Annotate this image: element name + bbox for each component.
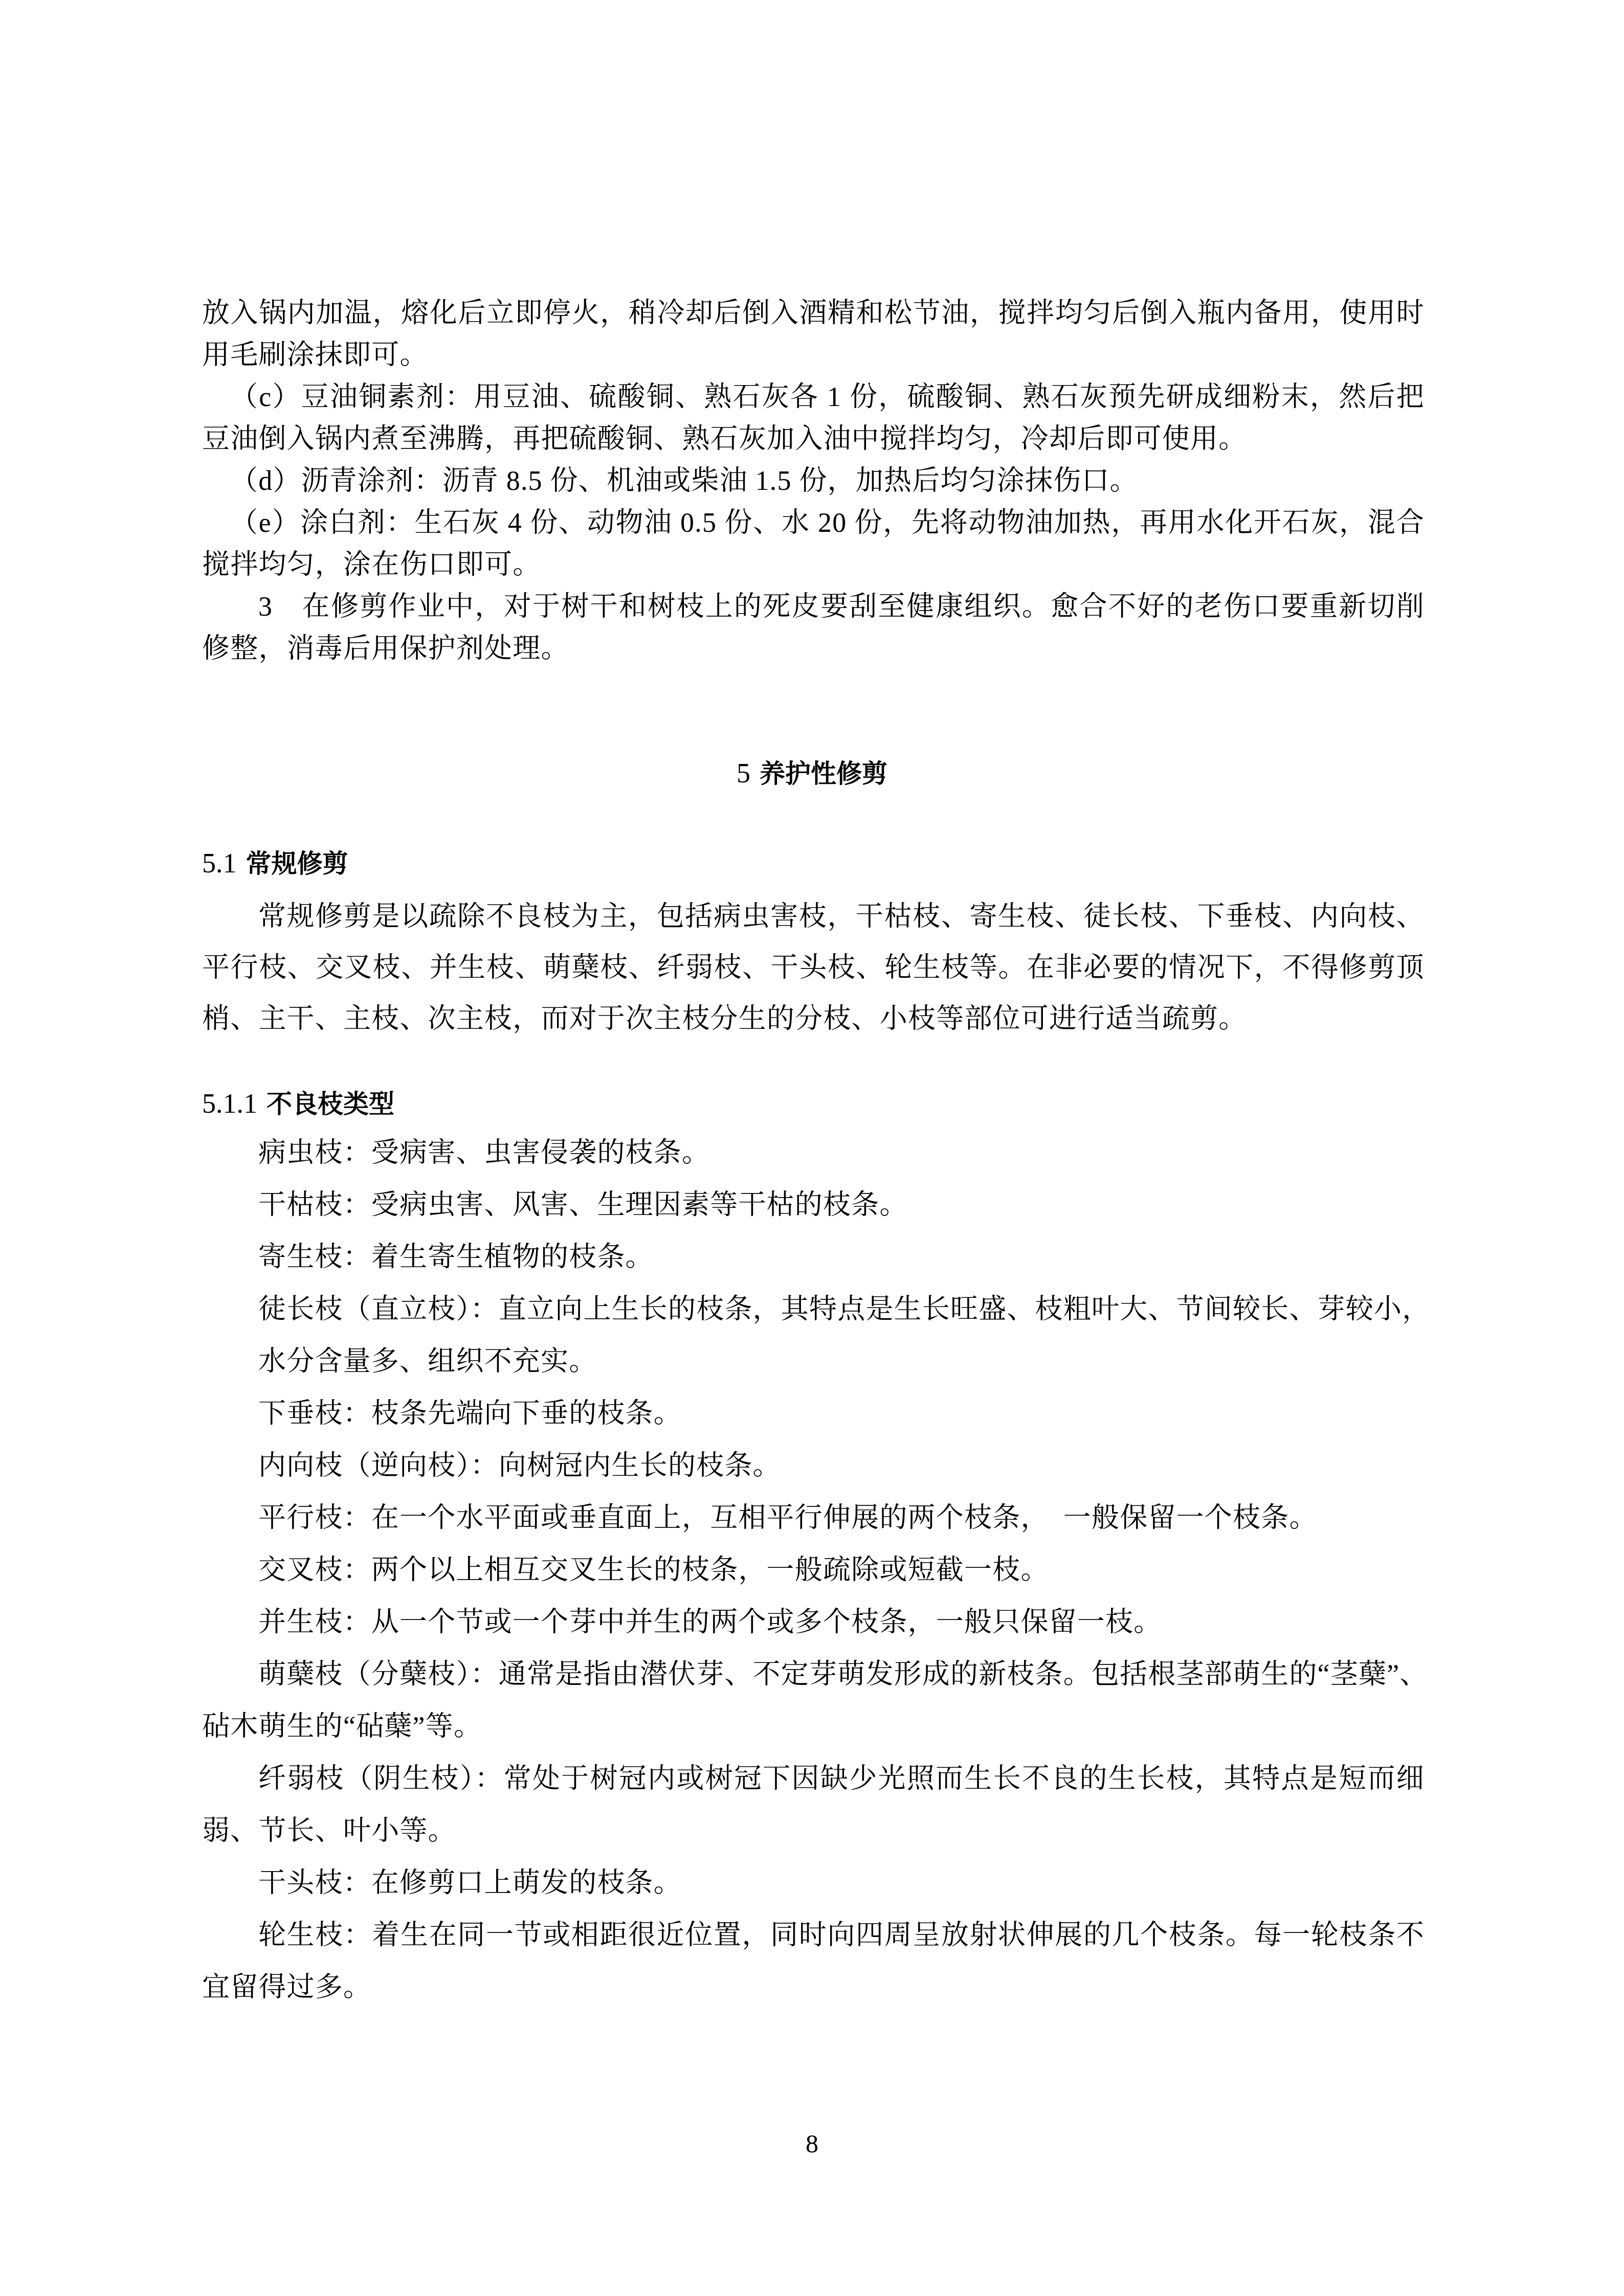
agent-e-line-2: 搅拌均匀，涂在伤口即可。 [202,549,1425,580]
list-item-parallel-branch: 平行枝：在一个水平面或垂直面上，互相平行伸展的两个枝条， 一般保留一个枝条。 [258,1502,1425,1533]
list-item-disease-branch: 病虫枝：受病害、虫害侵袭的枝条。 [258,1137,1425,1168]
list-item-sucker-line-2: 砧木萌生的“砧蘖”等。 [202,1711,1425,1742]
section-5-1-1-title: 不良枝类型 [266,1089,394,1119]
paragraph-continuation-line-2: 用毛刷涂抹即可。 [202,340,1425,370]
list-item-parasitic-branch: 寄生枝：着生寄生植物的枝条。 [258,1242,1425,1272]
list-item-weak-branch-line-1: 纤弱枝（阴生枝）：常处于树冠内或树冠下因缺少光照而生长不良的生长枝，其特点是短而… [258,1763,1425,1794]
list-item-dead-branch: 干枯枝：受病虫害、风害、生理因素等干枯的枝条。 [258,1189,1425,1220]
list-item-crossing-branch: 交叉枝：两个以上相互交叉生长的枝条，一般疏除或短截一枝。 [258,1555,1425,1585]
section-5-title: 养护性修剪 [760,759,887,789]
list-item-whorled-branch-line-2: 宜留得过多。 [202,1972,1425,2002]
list-item-water-sprout-line-1: 徒长枝（直立枝）：直立向上生长的枝条，其特点是生长旺盛、枝粗叶大、节间较长、芽较… [258,1294,1425,1324]
list-item-stub-branch: 干头枝：在修剪口上萌发的枝条。 [258,1867,1425,1898]
section-5-number: 5 [737,758,750,789]
section-5-1-body-line-1: 常规修剪是以疏除不良枝为主，包括病虫害枝，干枯枝、寄生枝、徒长枝、下垂枝、内向枝… [258,901,1425,932]
list-item-weak-branch-line-2: 弱、节长、叶小等。 [202,1815,1425,1846]
agent-d-line-1: （d）沥青涂剂：沥青 8.5 份、机油或柴油 1.5 份，加热后均匀涂抹伤口。 [230,465,1425,496]
paragraph-continuation-line-1: 放入锅内加温，熔化后立即停火，稍冷却后倒入酒精和松节油，搅拌均匀后倒入瓶内备用，… [202,298,1425,328]
section-5-1-body-line-2: 平行枝、交叉枝、并生枝、萌蘖枝、纤弱枝、干头枝、轮生枝等。在非必要的情况下，不得… [202,952,1425,983]
agent-c-line-2: 豆油倒入锅内煮至沸腾，再把硫酸铜、熟石灰加入油中搅拌均匀，冷却后即可使用。 [202,423,1425,454]
list-item-twin-branch: 并生枝：从一个节或一个芽中并生的两个或多个枝条，一般只保留一枝。 [258,1607,1425,1637]
list-item-whorled-branch-line-1: 轮生枝：着生在同一节或相距很近位置，同时向四周呈放射状伸展的几个枝条。每一轮枝条… [258,1920,1425,1950]
agent-e-line-1: （e）涂白剂：生石灰 4 份、动物油 0.5 份、水 20 份，先将动物油加热，… [230,507,1425,538]
section-5-1-1-heading: 5.1.1不良枝类型 [202,1088,394,1119]
page-number: 8 [0,2128,1624,2159]
section-5-1-title: 常规修剪 [246,849,348,879]
list-item-sucker-line-1: 萌蘖枝（分蘖枝）：通常是指由潜伏芽、不定芽萌发形成的新枝条。包括根茎部萌生的“茎… [258,1659,1425,1690]
item-3-line-2: 修整，消毒后用保护剂处理。 [202,633,1425,664]
agent-c-line-1: （c）豆油铜素剂：用豆油、硫酸铜、熟石灰各 1 份，硫酸铜、熟石灰预先研成细粉末… [230,381,1425,412]
section-5-1-heading: 5.1常规修剪 [202,848,348,879]
section-5-heading: 5养护性修剪 [0,758,1624,789]
list-item-water-sprout-line-2: 水分含量多、组织不充实。 [258,1346,1425,1377]
list-item-inward-branch: 内向枝（逆向枝）：向树冠内生长的枝条。 [258,1450,1425,1481]
document-page: 放入锅内加温，熔化后立即停火，稍冷却后倒入酒精和松节油，搅拌均匀后倒入瓶内备用，… [0,0,1624,2296]
section-5-1-number: 5.1 [202,848,237,879]
section-5-1-1-number: 5.1.1 [202,1088,257,1119]
list-item-drooping-branch: 下垂枝：枝条先端向下垂的枝条。 [258,1398,1425,1429]
item-3-line-1: 3 在修剪作业中，对于树干和树枝上的死皮要刮至健康组织。愈合不好的老伤口要重新切… [258,591,1425,622]
section-5-1-body-line-3: 梢、主干、主枝、次主枝，而对于次主枝分生的分枝、小枝等部位可进行适当疏剪。 [202,1003,1425,1034]
